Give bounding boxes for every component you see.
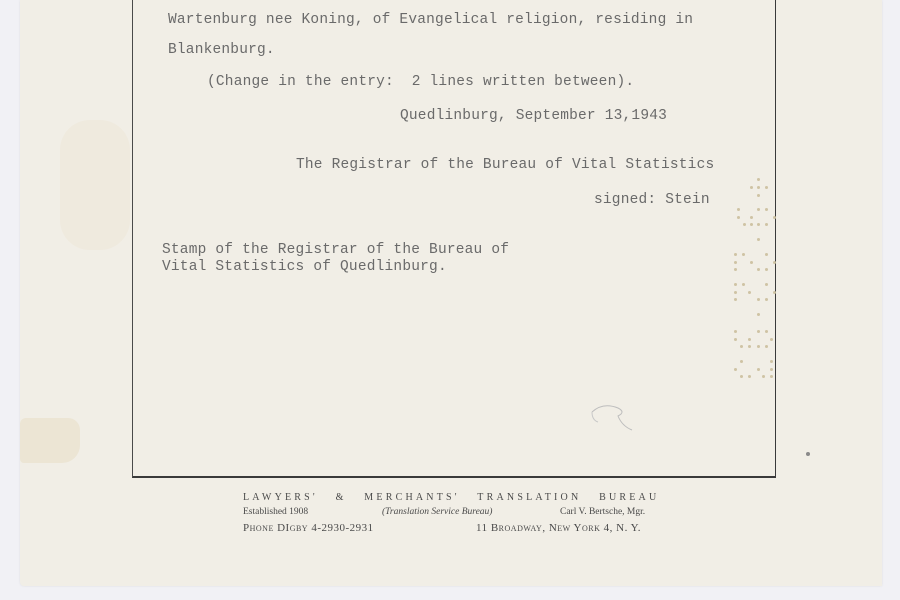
paper-stain: [20, 418, 80, 463]
letterhead-established: Established 1908: [243, 507, 308, 517]
signature-line: signed: Stein: [594, 192, 710, 208]
body-line: Blankenburg.: [168, 42, 275, 58]
place-date: Quedlinburg, September 13,1943: [400, 108, 667, 124]
letterhead-service: (Translation Service Bureau): [382, 507, 492, 517]
stamp-note-line: Vital Statistics of Quedlinburg.: [162, 259, 447, 275]
letterhead-phone: Phone DIgby 4-2930-2931: [243, 522, 374, 534]
letterhead-address: 11 Broadway, New York 4, N. Y.: [476, 522, 641, 534]
body-line: Wartenburg nee Koning, of Evangelical re…: [168, 12, 693, 28]
letterhead-manager: Carl V. Bertsche, Mgr.: [560, 507, 645, 517]
paper-stain: [60, 120, 130, 250]
registrar-title: The Registrar of the Bureau of Vital Sta…: [296, 157, 714, 173]
pencil-mark: [588, 400, 638, 440]
stamp-note-line: Stamp of the Registrar of the Bureau of: [162, 242, 509, 258]
document-frame: [132, 0, 776, 478]
letterhead-company: LAWYERS' & MERCHANTS' TRANSLATION BUREAU: [243, 492, 659, 503]
change-note: (Change in the entry: 2 lines written be…: [207, 74, 634, 90]
paper-speck: [806, 452, 810, 456]
